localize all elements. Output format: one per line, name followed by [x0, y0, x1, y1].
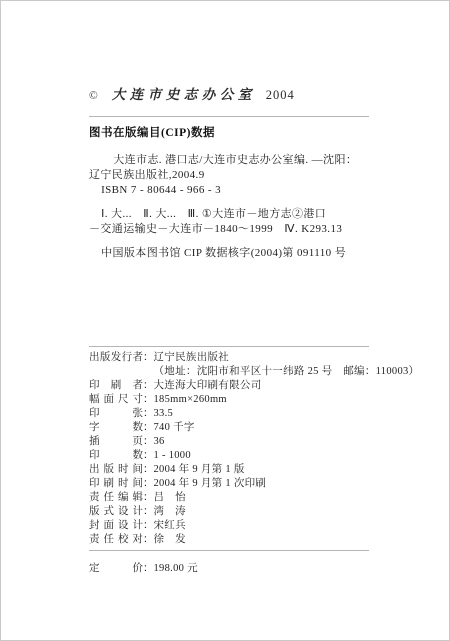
colophon-row: 责任校对：徐 发	[89, 533, 369, 547]
colophon-row: 印张：33.5	[89, 407, 369, 421]
colophon-row: 印刷者：大连海大印刷有限公司	[89, 379, 369, 393]
colophon-row: 版式设计：湾 涛	[89, 505, 369, 519]
colophon-colon: ：	[143, 449, 154, 463]
colophon-label: 出版发行者	[89, 351, 143, 365]
colophon-label: 插页	[89, 435, 143, 449]
colophon-colon: ：	[143, 393, 154, 407]
cip-line: 大连市志. 港口志/大连市史志办公室编. —沈阳：	[89, 153, 369, 168]
cip-line: 中国版本图书馆 CIP 数据核字(2004)第 091110 号	[89, 246, 369, 261]
colophon-label: 责任编辑	[89, 491, 143, 505]
colophon-colon: ：	[143, 533, 154, 547]
colophon-label: 印刷时间	[89, 477, 143, 491]
colophon-value: 徐 发	[154, 534, 186, 545]
colophon-value: 36	[154, 436, 165, 447]
price-value: 198.00 元	[154, 563, 198, 574]
colophon-rows: 出版发行者：辽宁民族出版社：（地址：沈阳市和平区十一纬路 25 号 邮编：110…	[89, 351, 369, 547]
colophon-value: 辽宁民族出版社	[154, 352, 230, 363]
colophon-label: 版式设计	[89, 505, 143, 519]
colophon-value: 宋红兵	[154, 520, 186, 531]
copyright-year: 2004	[266, 88, 295, 103]
page-content: © 大连市史志办公室 2004 图书在版编目(CIP)数据 大连市志. 港口志/…	[89, 83, 369, 576]
book-copyright-page: © 大连市史志办公室 2004 图书在版编目(CIP)数据 大连市志. 港口志/…	[0, 0, 450, 641]
divider-top	[89, 116, 369, 117]
divider-bottom	[89, 550, 369, 551]
colophon-colon: ：	[143, 379, 154, 393]
colophon-row: 字数：740 千字	[89, 421, 369, 435]
colophon-value: 2004 年 9 月第 1 次印刷	[154, 478, 267, 489]
colophon-row: 出版发行者：辽宁民族出版社	[89, 351, 369, 365]
colophon-label: 印刷者	[89, 379, 143, 393]
colophon-colon: ：	[143, 421, 154, 435]
colophon-row: ：（地址：沈阳市和平区十一纬路 25 号 邮编：110003）	[89, 365, 369, 379]
price-row: 定价：198.00 元	[89, 562, 369, 576]
colophon-colon: ：	[143, 463, 154, 477]
copyright-line: © 大连市史志办公室 2004	[89, 83, 369, 99]
colophon-value: （地址：沈阳市和平区十一纬路 25 号 邮编：110003）	[154, 366, 420, 377]
colophon-label: 印数	[89, 449, 143, 463]
colophon-colon: ：	[143, 491, 154, 505]
cip-line: ISBN 7 - 80644 - 966 - 3	[89, 183, 369, 198]
copyright-icon: ©	[89, 90, 98, 102]
colophon-row: 出版时间：2004 年 9 月第 1 版	[89, 463, 369, 477]
colophon-value: 湾 涛	[154, 506, 186, 517]
colophon-colon: ：	[143, 519, 154, 533]
colophon-row: 插页：36	[89, 435, 369, 449]
colophon-value: 大连海大印刷有限公司	[154, 380, 262, 391]
cip-heading: 图书在版编目(CIP)数据	[89, 124, 369, 140]
colophon-label: 封面设计	[89, 519, 143, 533]
copyright-holder: 大连市史志办公室	[112, 83, 256, 103]
price-colon: ：	[143, 562, 154, 576]
cip-record: 大连市志. 港口志/大连市史志办公室编. —沈阳：辽宁民族出版社,2004.9I…	[89, 153, 369, 261]
colophon-value: 185mm×260mm	[154, 394, 227, 405]
colophon-value: 吕 怡	[154, 492, 186, 503]
colophon-row: 责任编辑：吕 怡	[89, 491, 369, 505]
divider-middle	[89, 346, 369, 347]
colophon-colon: ：	[143, 435, 154, 449]
colophon-colon: ：	[143, 477, 154, 491]
colophon-value: 2004 年 9 月第 1 版	[154, 464, 245, 475]
colophon-row: 幅面尺寸：185mm×260mm	[89, 393, 369, 407]
colophon-label: 印张	[89, 407, 143, 421]
colophon-row: 封面设计：宋红兵	[89, 519, 369, 533]
colophon-label: 字数	[89, 421, 143, 435]
colophon-colon: ：	[143, 407, 154, 421]
cip-line: Ⅰ. 大... Ⅱ. 大... Ⅲ. ①大连市－地方志②港口	[89, 207, 369, 222]
colophon-value: 740 千字	[154, 422, 195, 433]
colophon-label: 责任校对	[89, 533, 143, 547]
colophon-label: 出版时间	[89, 463, 143, 477]
colophon-colon: ：	[143, 351, 154, 365]
colophon-value: 1 - 1000	[154, 450, 191, 461]
cip-line: 辽宁民族出版社,2004.9	[89, 168, 369, 183]
colophon-row: 印数：1 - 1000	[89, 449, 369, 463]
colophon-colon: ：	[143, 505, 154, 519]
colophon-row: 印刷时间：2004 年 9 月第 1 次印刷	[89, 477, 369, 491]
colophon-label: 幅面尺寸	[89, 393, 143, 407]
cip-line: －交通运输史－大连市－1840～1999 Ⅳ. K293.13	[89, 222, 369, 237]
colophon: 出版发行者：辽宁民族出版社：（地址：沈阳市和平区十一纬路 25 号 邮编：110…	[89, 351, 369, 547]
colophon-value: 33.5	[154, 408, 174, 419]
price-label: 定价	[89, 562, 143, 576]
